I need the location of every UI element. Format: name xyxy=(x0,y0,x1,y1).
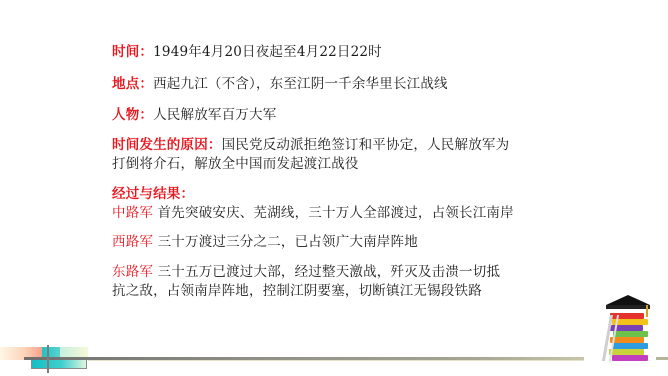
gradient-block-teal-lower xyxy=(31,357,87,369)
west-army-label: 西路军 xyxy=(112,234,158,250)
central-army-line: 中路军 首先突破安庆、芜湖线，三十万人全部渡过，占领长江南岸 xyxy=(112,204,514,222)
time-value: 1949年4月20日夜起至4月22日22时 xyxy=(153,44,382,60)
time-line: 时间：1949年4月20日夜起至4月22日22时 xyxy=(112,43,382,61)
books-graduation-cap-icon xyxy=(600,293,660,365)
central-army-label: 中路军 xyxy=(112,205,158,221)
footer-rule-highlight xyxy=(88,360,584,361)
west-army-line: 西路军 三十万渡过三分之二，已占领广大南岸阵地 xyxy=(112,233,418,251)
cap-tassel xyxy=(646,305,648,317)
ladder xyxy=(602,315,613,361)
footer-rule xyxy=(24,357,584,360)
people-line: 人物：人民解放军百万大军 xyxy=(112,106,276,124)
west-army-text: 三十万渡过三分之二，已占领广大南岸阵地 xyxy=(158,234,418,250)
book xyxy=(612,319,648,325)
cap-board xyxy=(606,305,650,309)
cause-line: 时间发生的原因：国民党反动派拒绝签订和平协定，人民解放军为 xyxy=(112,136,509,154)
east-army-line: 东路军 三十五万已渡过大部，经过整天激战，歼灭及击溃一切抵 xyxy=(112,263,500,281)
place-value: 西起九江（不含），东至江阴一千余华里长江战线 xyxy=(153,76,448,92)
people-value: 人民解放军百万大军 xyxy=(153,107,276,123)
process-heading: 经过与结果： xyxy=(112,185,194,203)
book xyxy=(612,343,648,349)
east-army-text: 三十五万已渡过大部，经过整天激战，歼灭及击溃一切抵 xyxy=(158,264,501,280)
place-line: 地点：西起九江（不含），东至江阴一千余华里长江战线 xyxy=(112,75,448,93)
gradient-block-peach xyxy=(0,347,42,360)
footer-vertical-bar xyxy=(47,345,49,373)
cause-value: 国民党反动派拒绝签订和平协定，人民解放军为 xyxy=(222,137,510,153)
east-army-text-cont: 抗之敌，占领南岸阵地，控制江阴要塞，切断镇江无锡段铁路 xyxy=(112,283,482,299)
east-army-line-cont: 抗之敌，占领南岸阵地，控制江阴要塞，切断镇江无锡段铁路 xyxy=(112,282,482,300)
cause-label: 时间发生的原因： xyxy=(112,137,222,153)
book xyxy=(612,355,648,361)
cause-value-cont: 打倒将介石，解放全中国而发起渡江战役 xyxy=(112,156,359,172)
gradient-block-teal xyxy=(42,347,68,360)
central-army-text: 首先突破安庆、芜湖线，三十万人全部渡过，占领长江南岸 xyxy=(158,205,514,221)
graduation-cap-icon xyxy=(606,295,650,305)
process-label: 经过与结果： xyxy=(112,186,194,202)
people-label: 人物： xyxy=(112,107,153,123)
book xyxy=(610,313,644,319)
book xyxy=(613,331,648,337)
gradient-block-yellow xyxy=(60,347,88,360)
book xyxy=(609,325,643,331)
time-label: 时间： xyxy=(112,44,153,60)
east-army-label: 东路军 xyxy=(112,264,158,280)
book xyxy=(609,349,644,355)
footer-rule-end xyxy=(656,357,668,360)
cause-line-cont: 打倒将介石，解放全中国而发起渡江战役 xyxy=(112,155,359,173)
book xyxy=(610,337,644,343)
place-label: 地点： xyxy=(112,76,153,92)
ladder-rail xyxy=(609,315,619,361)
